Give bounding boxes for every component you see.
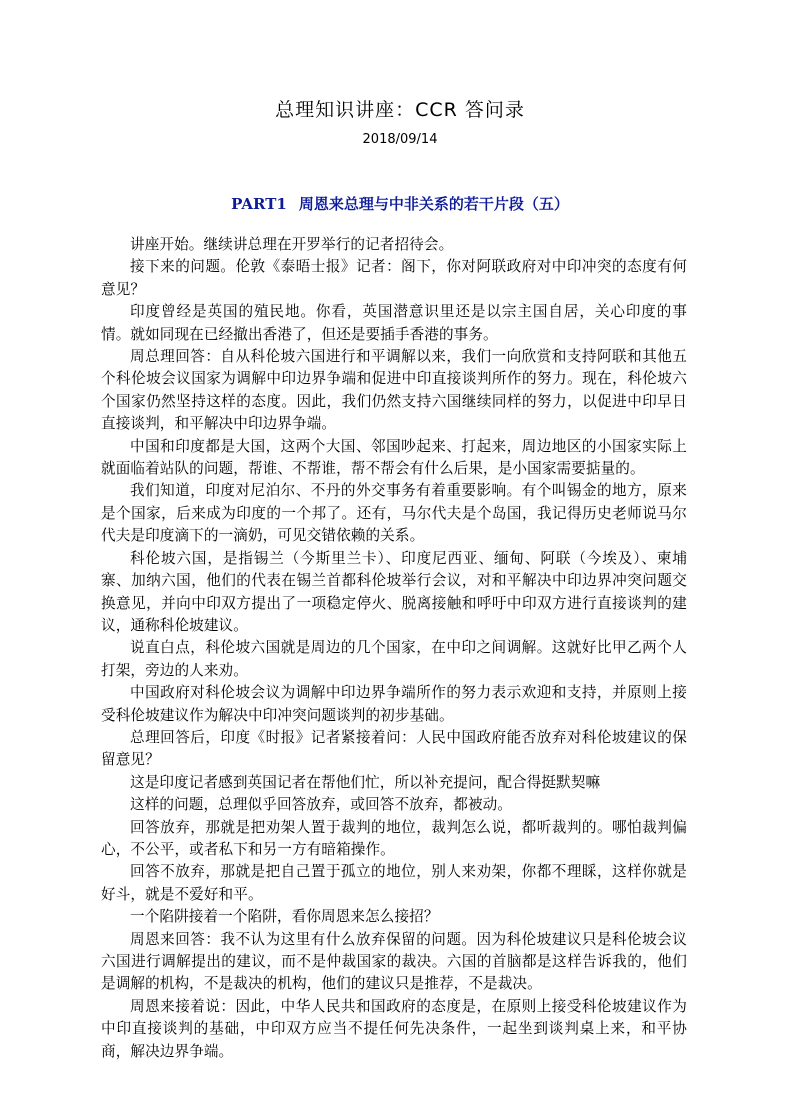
- paragraph: 讲座开始。继续讲总理在开罗举行的记者招待会。: [101, 234, 687, 256]
- paragraph: 周恩来接着说：因此，中华人民共和国政府的态度是，在原则上接受科伦坡建议作为中印直…: [101, 996, 687, 1063]
- paragraph: 这是印度记者感到英国记者在帮他们忙，所以补充提问，配合得挺默契嘛: [101, 772, 687, 794]
- paragraph: 中国政府对科伦坡会议为调解中印边界争端所作的努力表示欢迎和支持，并原则上接受科伦…: [101, 682, 687, 727]
- paragraph: 印度曾经是英国的殖民地。你看，英国潜意识里还是以宗主国自居，关心印度的事情。就如…: [101, 301, 687, 346]
- section-heading-text: 周恩来总理与中非关系的若干片段（五）: [299, 195, 569, 213]
- paragraph: 我们知道，印度对尼泊尔、不丹的外交事务有着重要影响。有个叫锡金的地方，原来是个国…: [101, 480, 687, 547]
- paragraph: 这样的问题，总理似乎回答放弃，或回答不放弃，都被动。: [101, 794, 687, 816]
- paragraph: 回答放弃，那就是把劝架人置于裁判的地位，裁判怎么说，都听裁判的。哪怕裁判偏心，不…: [101, 817, 687, 862]
- section-heading: PART1周恩来总理与中非关系的若干片段（五）: [0, 193, 800, 214]
- paragraph: 回答不放弃，那就是把自己置于孤立的地位，别人来劝架，你都不理睬，这样你就是好斗，…: [101, 861, 687, 906]
- document-date: 2018/09/14: [0, 132, 800, 147]
- document-body: 讲座开始。继续讲总理在开罗举行的记者招待会。 接下来的问题。伦敦《泰晤士报》记者…: [101, 234, 687, 1063]
- paragraph: 一个陷阱接着一个陷阱，看你周恩来怎么接招？: [101, 906, 687, 928]
- paragraph: 周恩来回答：我不认为这里有什么放弃保留的问题。因为科伦坡建议只是科伦坡会议六国进…: [101, 929, 687, 996]
- document-title: 总理知识讲座：CCR 答问录: [0, 95, 800, 122]
- paragraph: 周总理回答：自从科伦坡六国进行和平调解以来，我们一向欣赏和支持阿联和其他五个科伦…: [101, 346, 687, 436]
- paragraph: 接下来的问题。伦敦《泰晤士报》记者：阁下，你对阿联政府对中印冲突的态度有何意见？: [101, 256, 687, 301]
- paragraph: 说直白点，科伦坡六国就是周边的几个国家，在中印之间调解。这就好比甲乙两个人打架，…: [101, 637, 687, 682]
- paragraph: 科伦坡六国，是指锡兰（今斯里兰卡）、印度尼西亚、缅甸、阿联（今埃及）、柬埔寨、加…: [101, 548, 687, 638]
- paragraph: 总理回答后，印度《时报》记者紧接着问：人民中国政府能否放弃对科伦坡建议的保留意见…: [101, 727, 687, 772]
- paragraph: 中国和印度都是大国，这两个大国、邻国吵起来、打起来，周边地区的小国家实际上就面临…: [101, 436, 687, 481]
- section-part-label: PART1: [231, 195, 287, 213]
